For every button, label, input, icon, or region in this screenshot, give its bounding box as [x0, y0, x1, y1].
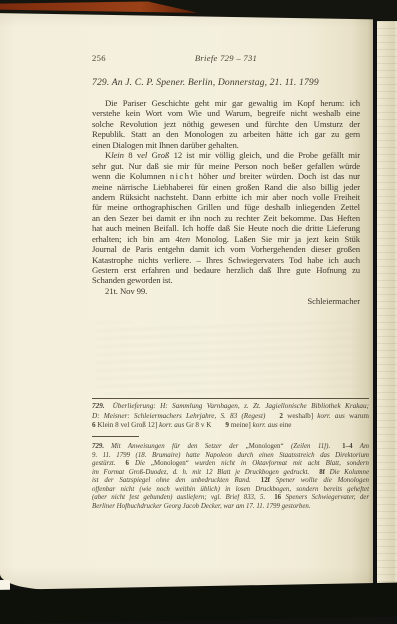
text-line: Die Pariser Geschichte geht mir gar gewa… [92, 98, 360, 108]
text-segment: lein [111, 150, 124, 160]
text-segment: (aber nicht fest gebunden) ausliefern; v… [92, 494, 265, 501]
text-segment: Journal de Paris entgehn damit ich vom V… [92, 244, 360, 254]
text-segment: an den Sezer bei damit er ihn noch zu re… [92, 213, 360, 223]
text-segment: für meine orthographischen Grillen und f… [92, 202, 360, 212]
text-line: 15Journal de Paris entgehn damit ich vom… [92, 244, 360, 254]
text-segment: 729. [92, 443, 104, 450]
apparatus-line: 6 Klein 8 vel Groß 12] korr. aus Gr 8 v … [92, 421, 369, 431]
text-line: Klein 8 vel Groß 12 ist mir völlig gleic… [92, 150, 360, 160]
text-line: solche Revolution jezt nöthig gewesen un… [92, 119, 360, 129]
text-segment: Am [353, 443, 369, 450]
commentary-line: im Format Groß-Duodez, d. h. mit 12 Blat… [92, 469, 369, 478]
book-page: 256 Briefe 729 – 731 729. An J. C. P. Sp… [0, 10, 373, 590]
text-segment: sehr gut. Nur daß sie mir für meine Pers… [92, 161, 360, 171]
text-segment: wurden nicht in Oktavformat mit acht Bla… [189, 460, 369, 467]
commentary-line: Berliner Hofbuchdrucker Georg Jacob Deck… [92, 503, 369, 512]
text-segment: hat auch meinen Beifall. Ich hoffe daß S… [92, 223, 360, 233]
column-gap [265, 498, 274, 499]
text-line: für meine orthographischen Grillen und f… [92, 202, 360, 212]
text-segment: eine [278, 421, 292, 429]
text-segment: und [222, 171, 235, 181]
text-segment: Gr [147, 150, 160, 160]
text-segment: korr. aus [159, 421, 184, 429]
page-edges-strip [377, 21, 397, 585]
text-segment: Schanden geworden ist. [92, 275, 173, 285]
date-line: 21t. Nov 99. [92, 286, 360, 296]
text-segment: „Monologen“ [151, 460, 189, 467]
apparatus-rule [92, 398, 369, 399]
text-segment: 1–4 [342, 443, 352, 450]
text-segment: Speners Schwiegervater, der [281, 494, 369, 501]
text-segment: einen Dialogen mit Ihnen darüber gehalte… [92, 140, 239, 150]
text-line: Gestern erst erfahren und bedaure herzli… [92, 265, 360, 275]
text-line: meine närrische Liebhaberei für einen gr… [92, 182, 360, 192]
text-segment: nicht [170, 171, 194, 181]
text-segment: Die Kolumne [325, 469, 369, 476]
column-gap [330, 447, 342, 448]
text-segment: meine] [229, 421, 253, 429]
text-segment: 729. [92, 402, 105, 410]
text-segment: oß [161, 150, 170, 160]
text-segment: Die [129, 460, 151, 467]
text-segment: Überlieferung: H: Sammlung Varnhagen, z.… [113, 402, 369, 410]
text-segment: 21t. Nov 99. [105, 286, 147, 296]
column-gap [104, 447, 111, 448]
text-segment: Berliner Hofbuchdrucker Georg Jacob Deck… [92, 503, 311, 510]
text-segment: Gestern erst erfahren und bedaure herzli… [92, 265, 360, 275]
text-segment: solche Revolution jezt nöthig gewesen un… [92, 119, 360, 129]
column-gap [211, 426, 225, 427]
text-line: Katastrophe nichts verliere. – Ihres Sch… [92, 255, 360, 265]
text-segment: ist der Satzspiegel ohne den unbedruckte… [92, 477, 251, 484]
commentary-block: 729.Mit Anweisungen für den Setzer der „… [92, 443, 369, 511]
text-segment: 8 v [124, 150, 141, 160]
commentary-line: (aber nicht fest gebunden) ausliefern; v… [92, 494, 369, 503]
text-line: sehr gut. Nur daß sie mir für meine Pers… [92, 161, 360, 171]
text-line: hat auch meinen Beifall. Ich hoffe daß S… [92, 223, 360, 233]
text-segment: erhalten; ich bin am 4 [92, 234, 180, 244]
text-segment: Die Pariser Geschichte geht mir gar gewa… [105, 98, 360, 108]
text-segment: Mit Anweisungen für den Setzer der [111, 443, 246, 450]
text-segment: Katastrophe nichts verliere. – Ihres Sch… [92, 255, 360, 265]
apparatus-block: 729.Überlieferung: H: Sammlung Varnhagen… [92, 402, 369, 431]
text-segment: 9. 11. 1799 (18. Brumaire) hatte Napoleo… [92, 452, 369, 459]
text-segment: 12 ist mir völlig gleich, und die Probe … [169, 150, 360, 160]
column-gap [251, 481, 261, 482]
text-segment: (Zeilen 11f). [284, 443, 331, 450]
text-segment: Schleiermacher [307, 296, 360, 306]
scanned-book-photo: 256 Briefe 729 – 731 729. An J. C. P. Sp… [0, 0, 397, 600]
column-gap [116, 464, 126, 465]
text-segment: Republik. Statt an den Monologen zu arbe… [92, 129, 360, 139]
text-segment: „Monologen“ [246, 443, 284, 450]
commentary-line: ist der Satzspiegel ohne den unbedruckte… [92, 477, 369, 486]
text-segment: korr. aus [253, 421, 278, 429]
column-gap [105, 407, 113, 408]
text-segment: wenn die Kolumnen [92, 171, 170, 181]
text-segment: D: Meisner: Schleiermachers Lehrjahre, S… [92, 412, 265, 420]
text-segment: eine närrische Liebhaberei für einen gro… [98, 182, 360, 192]
ink-bleed-through [96, 322, 358, 394]
text-segment: korr. aus [317, 412, 345, 420]
text-segment: ten [180, 234, 190, 244]
text-segment: gestürzt. [92, 460, 116, 467]
text-segment: Klein 8 vel Groß 12] [96, 421, 159, 429]
letter-body: Die Pariser Geschichte geht mir gar gewa… [92, 98, 360, 307]
text-segment: weshalb] [283, 412, 317, 420]
text-segment: andern Rüksicht nachsteht. Dann erbitte … [92, 192, 360, 202]
text-segment: breiter würden. Doch ist das nur [235, 171, 360, 181]
column-gap [265, 417, 279, 418]
text-segment: Spener wollte die Monologen [270, 477, 369, 484]
text-line: 5einen Dialogen mit Ihnen darüber gehalt… [92, 140, 360, 150]
running-head: Briefe 729 – 731 [92, 53, 360, 63]
commentary-line: 9. 11. 1799 (18. Brumaire) hatte Napoleo… [92, 452, 369, 461]
text-line: wenn die Kolumnen nicht höher und breite… [92, 171, 360, 181]
apparatus-line: D: Meisner: Schleiermachers Lehrjahre, S… [92, 412, 369, 422]
text-segment: Gr 8 v K [184, 421, 211, 429]
commentary-line: 729.Mit Anweisungen für den Setzer der „… [92, 443, 369, 452]
commentary-line: gestürzt.6 Die „Monologen“ wurden nicht … [92, 460, 369, 469]
text-segment: im Format Groß-Duodez, d. h. mit 12 Blat… [92, 469, 309, 476]
signature-line: 20Schleiermacher [92, 296, 360, 306]
text-line: verstehe kein Wort vom Wie und Warum, be… [92, 108, 360, 118]
apparatus-line: 729.Überlieferung: H: Sammlung Varnhagen… [92, 402, 369, 412]
text-segment: offenbar nicht (wie noch weithin üblich)… [92, 486, 369, 493]
text-line: erhalten; ich bin am 4ten Monolog. Laßen… [92, 234, 360, 244]
text-segment: warum [345, 412, 369, 420]
text-line: 10andern Rüksicht nachsteht. Dann erbitt… [92, 192, 360, 202]
footnote-separator [92, 436, 139, 437]
text-line: an den Sezer bei damit er ihn noch zu re… [92, 213, 360, 223]
text-segment: höher [194, 171, 222, 181]
text-line: Schanden geworden ist. [92, 275, 360, 285]
text-segment: verstehe kein Wort vom Wie und Warum, be… [92, 108, 360, 118]
letter-heading: 729. An J. C. P. Spener. Berlin, Donners… [92, 77, 372, 88]
text-segment: Monolog. Laßen Sie mir ja jezt kein Stük [190, 234, 360, 244]
commentary-line: offenbar nicht (wie noch weithin üblich)… [92, 486, 369, 495]
text-line: Republik. Statt an den Monologen zu arbe… [92, 129, 360, 139]
column-gap [309, 473, 319, 474]
text-segment: 12f [261, 477, 270, 484]
